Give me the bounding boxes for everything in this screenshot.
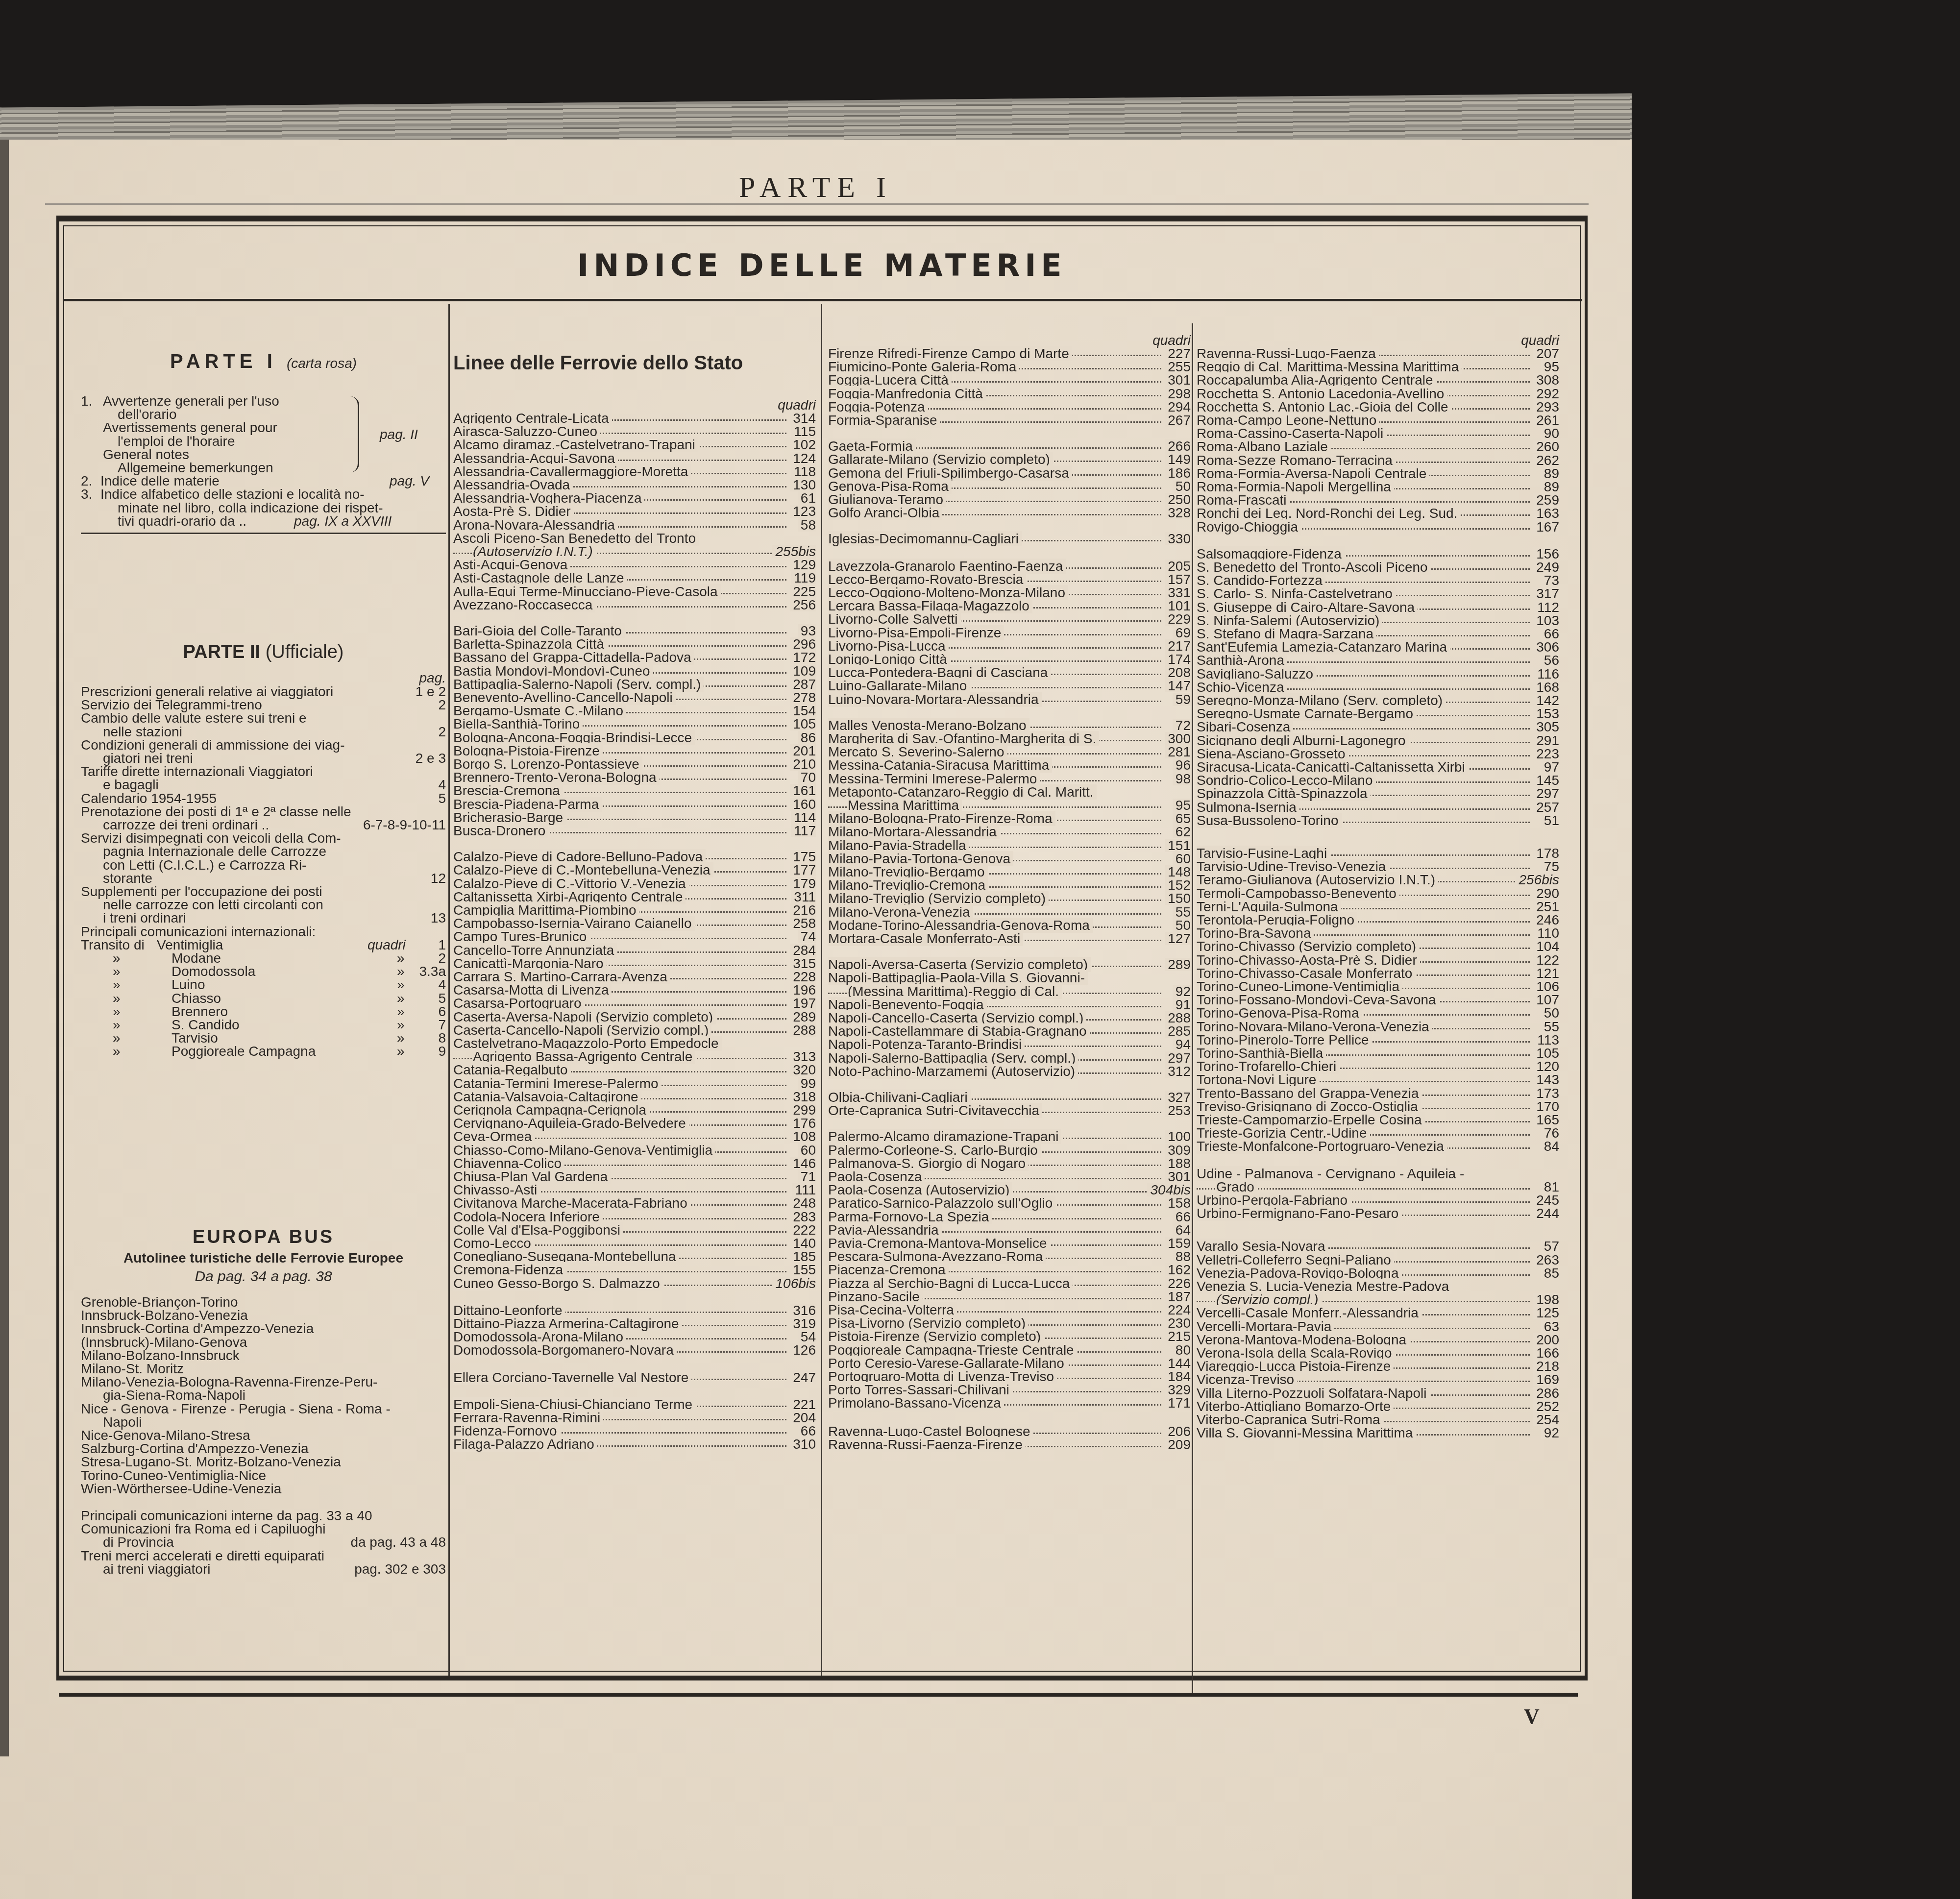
index-entry[interactable]: Termoli-Campobasso-Benevento290: [1197, 887, 1559, 900]
quadro-number: 157: [1165, 573, 1191, 586]
index-entry[interactable]: Varallo Sesia-Novara57: [1197, 1240, 1559, 1253]
index-entry[interactable]: Brennero-Trento-Verona-Bologna70: [453, 771, 816, 784]
quadro-number: 123: [790, 505, 816, 518]
index-entry[interactable]: Margherita di Sav.-Ofantino-Margherita d…: [828, 732, 1191, 745]
index-entry[interactable]: Vercelli-Mortara-Pavia63: [1197, 1320, 1559, 1333]
quadro-number: 289: [1165, 958, 1191, 971]
entry-title: Bergamo-Usmate C.-Milano: [453, 704, 626, 717]
index-entry[interactable]: Chiusa-Plan Val Gardena71: [453, 1170, 816, 1183]
index-entry[interactable]: Ravenna-Russi-Lugo-Faenza207: [1197, 347, 1559, 360]
index-entry[interactable]: Ellera Corciano-Tavernelle Val Nestore24…: [453, 1371, 816, 1384]
parte2-item-line[interactable]: Condizioni generali di ammissione dei vi…: [81, 738, 446, 752]
index-entry[interactable]: Viareggio-Lucca Pistoia-Firenze218: [1197, 1360, 1559, 1373]
index-entry[interactable]: Noto-Pachino-Marzamemi (Autoservizio)312: [828, 1065, 1191, 1078]
index-entry[interactable]: Sulmona-Isernia257: [1197, 801, 1559, 814]
index-entry[interactable]: Spinazzola Città-Spinazzola297: [1197, 787, 1559, 800]
index-entry[interactable]: Roccapalumba Alia-Agrigento Centrale308: [1197, 373, 1559, 387]
index-entry[interactable]: Viterbo-Capranica Sutri-Roma254: [1197, 1413, 1559, 1426]
index-entry[interactable]: Trieste-Campomarzio-Erpelle Cosina165: [1197, 1113, 1559, 1126]
bus-route[interactable]: Nice - Genova - Firenze - Perugia - Sien…: [81, 1402, 446, 1415]
index-entry[interactable]: Torino-Bra-Savona110: [1197, 926, 1559, 940]
index-entry[interactable]: Ravenna-Russi-Faenza-Firenze209: [828, 1438, 1191, 1451]
index-entry[interactable]: Barletta-Spinazzola Città296: [453, 637, 816, 651]
index-entry[interactable]: Asti-Acqui-Genova129: [453, 558, 816, 571]
index-entry[interactable]: Torino-Pinerolo-Torre Pellice113: [1197, 1033, 1559, 1047]
parte1-item-line[interactable]: minate nel libro, colla indicazione dei …: [118, 501, 446, 514]
index-entry[interactable]: Lucca-Pontedera-Bagni di Casciana208: [828, 666, 1191, 679]
index-entry[interactable]: Torino-Cuneo-Limone-Ventimiglia106: [1197, 980, 1559, 993]
parte2-item-line[interactable]: nelle stazioni: [103, 725, 446, 738]
index-entry[interactable]: Trieste-Monfalcone-Portogruaro-Venezia84: [1197, 1140, 1559, 1153]
index-entry[interactable]: Fiumicino-Ponte Galeria-Roma255: [828, 360, 1191, 373]
index-entry[interactable]: Pisa-Cecina-Volterra224: [828, 1303, 1191, 1316]
index-entry[interactable]: Messina Marittima95: [828, 799, 1191, 812]
index-entry[interactable]: Urbino-Fermignano-Fano-Pesaro244: [1197, 1207, 1559, 1220]
index-entry[interactable]: Pavia-Alessandria64: [828, 1223, 1191, 1237]
index-entry[interactable]: Chiavenna-Colico146: [453, 1157, 816, 1170]
index-entry[interactable]: Parma-Fornovo-La Spezia66: [828, 1210, 1191, 1223]
index-entry[interactable]: Roma-Campo Leone-Nettuno261: [1197, 414, 1559, 427]
index-entry[interactable]: Sicignano degli Alburni-Lagonegro291: [1197, 734, 1559, 747]
index-entry[interactable]: Campobasso-Isernia-Vairano Caianello258: [453, 917, 816, 930]
index-entry[interactable]: Sibari-Cosenza305: [1197, 720, 1559, 733]
index-entry[interactable]: Terontola-Perugia-Foligno246: [1197, 913, 1559, 926]
parte1-item-line[interactable]: Indice alfabetico delle stazioni e local…: [100, 487, 446, 501]
index-entry[interactable]: Paratico-Sarnico-Palazzolo sull'Oglio158: [828, 1196, 1191, 1210]
entry-title-text: Noto-Pachino-Marzamemi (Autoservizio): [828, 1064, 1078, 1079]
index-entry[interactable]: Messina-Termini Imerese-Palermo98: [828, 772, 1191, 785]
bus-route[interactable]: gia-Siena-Roma-Napoli: [103, 1388, 446, 1402]
index-entry[interactable]: Pinzano-Sacile187: [828, 1290, 1191, 1303]
index-entry[interactable]: Piazza al Serchio-Bagni di Lucca-Lucca22…: [828, 1277, 1191, 1290]
index-entry[interactable]: S. Benedetto del Tronto-Ascoli Piceno249: [1197, 560, 1559, 574]
index-entry[interactable]: Porto Ceresio-Varese-Gallarate-Milano144: [828, 1357, 1191, 1370]
index-entry[interactable]: Luino-Novara-Mortara-Alessandria59: [828, 693, 1191, 706]
index-entry[interactable]: Foggia-Lucera Città301: [828, 373, 1191, 387]
index-entry[interactable]: Tortona-Novi Ligure143: [1197, 1073, 1559, 1086]
index-entry[interactable]: Viterbo-Attigliano Bomarzo-Orte252: [1197, 1400, 1559, 1413]
index-entry[interactable]: Bologna-Pistoia-Firenze201: [453, 744, 816, 757]
index-entry[interactable]: Calalzo-Pieve di Cadore-Belluno-Padova17…: [453, 850, 816, 863]
index-entry[interactable]: Roma-Albano Laziale260: [1197, 440, 1559, 453]
bus-route[interactable]: Innsbruck-Bolzano-Venezia: [81, 1309, 446, 1322]
index-entry[interactable]: Velletri-Colleferro Segni-Paliano263: [1197, 1253, 1559, 1266]
parte2-item-line[interactable]: storante: [103, 872, 446, 885]
index-entry[interactable]: Tarvisio-Udine-Treviso-Venezia75: [1197, 860, 1559, 873]
parte2-item-line[interactable]: Cambio delle valute estere sui treni e: [81, 711, 446, 725]
index-entry[interactable]: Pistoia-Firenze (Servizio completo)215: [828, 1330, 1191, 1343]
index-entry[interactable]: Chivasso-Asti111: [453, 1183, 816, 1196]
entry-title-text: Livorno-Pisa-Empoli-Firenze: [828, 625, 1004, 640]
entry-title-text: S. Carlo- S. Ninfa-Castelvetrano: [1197, 586, 1396, 601]
index-entry[interactable]: Firenze Rifredi-Firenze Campo di Marte22…: [828, 347, 1191, 360]
index-entry[interactable]: Dittaino-Piazza Armerina-Caltagirone319: [453, 1317, 816, 1330]
index-entry[interactable]: Domodossola-Arona-Milano54: [453, 1330, 816, 1343]
index-entry[interactable]: Foggia-Potenza294: [828, 400, 1191, 414]
index-entry[interactable]: Catania-Termini Imerese-Palermo99: [453, 1077, 816, 1090]
index-entry[interactable]: Cancello-Torre Annunziata284: [453, 944, 816, 957]
index-entry[interactable]: Messina-Catania-Siracusa Marittima96: [828, 758, 1191, 772]
index-entry[interactable]: S. Ninfa-Salemi (Autoservizio)103: [1197, 614, 1559, 627]
index-entry[interactable]: Brescia-Piadena-Parma160: [453, 798, 816, 811]
index-entry[interactable]: Bassano del Grappa-Cittadella-Padova172: [453, 651, 816, 664]
bus-route[interactable]: Milano-St. Moritz: [81, 1362, 446, 1375]
entry-title: Bologna-Pistoia-Firenze: [453, 744, 603, 757]
index-entry[interactable]: Paola-Cosenza301: [828, 1170, 1191, 1183]
index-entry[interactable]: Aosta-Prè S. Didier123: [453, 505, 816, 518]
entry-title: Verona-Isola della Scala-Rovigo: [1197, 1346, 1395, 1360]
index-entry[interactable]: Torino-Chivasso-Aosta-Prè S. Didier122: [1197, 953, 1559, 967]
index-entry[interactable]: Milano-Verona-Venezia55: [828, 905, 1191, 919]
index-entry[interactable]: Lonigo-Lonigo Città174: [828, 653, 1191, 666]
index-entry[interactable]: Verona-Isola della Scala-Rovigo166: [1197, 1346, 1559, 1360]
index-entry[interactable]: Castelvetrano-Magazzolo-Porto Empedocle: [453, 1037, 816, 1050]
index-entry[interactable]: Livorno-Pisa-Empoli-Firenze69: [828, 626, 1191, 639]
parte2-item-line[interactable]: Prenotazione dei posti di 1ª e 2ª classe…: [81, 805, 446, 818]
entry-title-text: Busca-Dronero: [453, 823, 548, 838]
parte2-item-line[interactable]: e bagagli: [103, 778, 446, 791]
index-entry[interactable]: Alessandria-Acqui-Savona124: [453, 452, 816, 465]
entry-title: Torino-Chivasso-Aosta-Prè S. Didier: [1197, 953, 1420, 967]
frame-bottom-rule: [59, 1693, 1578, 1697]
index-entry[interactable]: Avezzano-Roccasecca256: [453, 598, 816, 611]
index-entry[interactable]: Rovigo-Chioggia167: [1197, 520, 1559, 534]
entry-title-text: Palermo-Corleone-S. Carlo-Burgio: [828, 1143, 1041, 1158]
quadro-number: 315: [790, 957, 816, 970]
index-entry[interactable]: Campo Tures-Brunico74: [453, 930, 816, 943]
index-entry[interactable]: Seregno-Monza-Milano (Serv. completo)142: [1197, 694, 1559, 707]
index-entry[interactable]: Seregno-Usmate Carnate-Bergamo153: [1197, 707, 1559, 720]
parte2-item-line[interactable]: Tariffe dirette internazionali Viaggiato…: [81, 765, 446, 778]
entry-title-text: Napoli-Battipaglia-Paola-Villa S. Giovan…: [828, 970, 1088, 985]
index-entry[interactable]: Alessandria-Cavallermaggiore-Moretta118: [453, 465, 816, 478]
index-entry[interactable]: Tarvisio-Fusine-Laghi178: [1197, 847, 1559, 860]
footer-item-line[interactable]: Treni merci accelerati e diretti equipar…: [81, 1549, 446, 1562]
index-entry[interactable]: Torino-Santhià-Biella105: [1197, 1047, 1559, 1060]
index-entry[interactable]: Livorno-Colle Salvetti229: [828, 612, 1191, 626]
index-entry[interactable]: Orte-Capranica Sutri-Civitavecchia253: [828, 1104, 1191, 1117]
index-entry[interactable]: Arona-Novara-Alessandria58: [453, 518, 816, 532]
index-entry[interactable]: Reggio di Cal. Marittima-Messina Maritti…: [1197, 360, 1559, 373]
parte2-item-line[interactable]: Servizio dei Telegrammi-treno: [81, 698, 446, 711]
parte2-item-line[interactable]: con Letti (C.I.C.L.) e Carrozza Ri-: [103, 858, 446, 872]
index-entry[interactable]: Bologna-Ancona-Foggia-Brindisi-Lecce86: [453, 731, 816, 744]
index-entry[interactable]: Gaeta-Formia266: [828, 439, 1191, 453]
parte2-item-line[interactable]: Calendario 1954-1955: [81, 792, 446, 805]
index-entry[interactable]: Vercelli-Casale Monferr.-Alessandria125: [1197, 1306, 1559, 1319]
bus-route[interactable]: (Innsbruck)-Milano-Genova: [81, 1336, 446, 1349]
bus-route[interactable]: Napoli: [103, 1415, 446, 1429]
index-entry[interactable]: Metaponto-Catanzaro-Reggio di Cal. Marit…: [828, 785, 1191, 799]
index-entry[interactable]: Teramo-Giulianova (Autoservizio I.N.T.)2…: [1197, 873, 1559, 886]
index-entry[interactable]: Salsomaggiore-Fidenza156: [1197, 547, 1559, 560]
index-entry[interactable]: Busca-Dronero117: [453, 824, 816, 837]
parte2-item-line[interactable]: nelle carrozze con letti circolanti con: [103, 898, 446, 911]
index-entry[interactable]: Ferrara-Ravenna-Rimini204: [453, 1411, 816, 1424]
index-entry[interactable]: Catania-Valsavoia-Caltagirone318: [453, 1090, 816, 1103]
index-entry[interactable]: Roma-Formia-Napoli Mergellina89: [1197, 480, 1559, 493]
index-entry[interactable]: Caserta-Cancello-Napoli (Servizio compl.…: [453, 1023, 816, 1037]
index-entry[interactable]: Milano-Pavia-Stradella151: [828, 839, 1191, 852]
footer-item-line[interactable]: Comunicazioni fra Roma ed i Capiluoghi: [81, 1522, 446, 1535]
index-entry[interactable]: Olbia-Chilivani-Cagliari327: [828, 1091, 1191, 1104]
index-entry[interactable]: Bastia Mondovì-Mondovì-Cuneo109: [453, 664, 816, 678]
index-entry[interactable]: Milano-Treviglio-Bergamo148: [828, 865, 1191, 878]
index-entry[interactable]: Napoli-Potenza-Taranto-Brindisi94: [828, 1038, 1191, 1051]
index-entry[interactable]: Pavia-Cremona-Mantova-Monselice159: [828, 1237, 1191, 1250]
index-entry[interactable]: Palermo-Corleone-S. Carlo-Burgio309: [828, 1144, 1191, 1157]
bus-route[interactable]: Milano-Venezia-Bologna-Ravenna-Firenze-P…: [81, 1375, 446, 1388]
index-entry[interactable]: Mortara-Casale Monferrato-Asti127: [828, 932, 1191, 945]
index-entry[interactable]: Udine - Palmanova - Cervignano - Aquilei…: [1197, 1167, 1559, 1180]
index-entry[interactable]: Ravenna-Lugo-Castel Bolognese206: [828, 1425, 1191, 1438]
index-entry[interactable]: Susa-Bussoleno-Torino51: [1197, 814, 1559, 827]
index-entry[interactable]: Livorno-Pisa-Lucca217: [828, 639, 1191, 653]
index-entry[interactable]: Lecco-Oggiono-Molteno-Monza-Milano331: [828, 586, 1191, 599]
index-entry[interactable]: (Autoservizio I.N.T.)255bis: [453, 545, 816, 558]
quadro-number: 198: [1533, 1293, 1559, 1306]
index-entry[interactable]: Torino-Chivasso-Casale Monferrato121: [1197, 967, 1559, 980]
index-entry[interactable]: Terni-L'Aquila-Sulmona251: [1197, 900, 1559, 913]
index-entry[interactable]: Conegliano-Susegana-Montebelluna185: [453, 1250, 816, 1263]
parte2-item-line[interactable]: Prescrizioni generali relative ai viaggi…: [81, 685, 446, 698]
index-entry[interactable]: Porto Torres-Sassari-Chilivani329: [828, 1383, 1191, 1396]
index-entry[interactable]: S. Candido-Fortezza73: [1197, 574, 1559, 587]
index-entry[interactable]: Cervignano-Aquileia-Grado-Belvedere176: [453, 1117, 816, 1130]
entry-title: Dittaino-Leonforte: [453, 1304, 565, 1317]
index-entry[interactable]: S. Giuseppe di Cairo-Altare-Savona112: [1197, 601, 1559, 614]
index-entry[interactable]: Canicattì-Margonia-Naro315: [453, 957, 816, 970]
entry-title: Lecco-Bergamo-Rovato-Brescia: [828, 573, 1026, 586]
index-entry[interactable]: Torino-Genova-Pisa-Roma50: [1197, 1006, 1559, 1020]
entry-title: Vercelli-Casale Monferr.-Alessandria: [1197, 1306, 1421, 1319]
index-entry[interactable]: Napoli-Salerno-Battipaglia (Serv. compl.…: [828, 1051, 1191, 1065]
parte1-item-line[interactable]: Allgemeine bemerkungen: [118, 461, 446, 474]
quadro-number: 114: [791, 811, 816, 824]
index-entry[interactable]: Lecco-Bergamo-Rovato-Brescia157: [828, 573, 1191, 586]
index-entry[interactable]: Milano-Pavia-Tortona-Genova60: [828, 852, 1191, 865]
bus-route[interactable]: Wien-Wörthersee-Udine-Venezia: [81, 1482, 446, 1495]
index-entry[interactable]: Borgo S. Lorenzo-Pontassieve210: [453, 757, 816, 771]
index-entry[interactable]: Rocchetta S. Antonio Lac.-Gioia del Coll…: [1197, 400, 1559, 414]
index-entry[interactable]: Urbino-Pergola-Fabriano245: [1197, 1193, 1559, 1207]
index-entry[interactable]: Venezia S. Lucia-Venezia Mestre-Padova: [1197, 1280, 1559, 1293]
index-entry[interactable]: Alessandria-Voghera-Piacenza61: [453, 491, 816, 505]
index-entry[interactable]: Asti-Castagnole delle Lanze119: [453, 571, 816, 584]
index-entry[interactable]: Filaga-Palazzo Adriano310: [453, 1437, 816, 1451]
index-entry[interactable]: Domodossola-Borgomanero-Novara126: [453, 1343, 816, 1357]
index-entry[interactable]: Sondrio-Colico-Lecco-Milano145: [1197, 774, 1559, 787]
index-entry[interactable]: Trieste-Gorizia Centr.-Udine76: [1197, 1126, 1559, 1140]
quadro-number: 9: [438, 1045, 446, 1058]
quadro-number: 244: [1533, 1207, 1559, 1220]
index-entry[interactable]: Dittaino-Leonforte316: [453, 1304, 816, 1317]
index-entry[interactable]: Battipaglia-Salerno-Napoli (Serv. compl.…: [453, 678, 816, 691]
parte2-item-line[interactable]: pagnia Internazionale delle Carrozze: [103, 845, 446, 858]
index-entry[interactable]: Napoli-Cancello-Caserta (Servizio compl.…: [828, 1011, 1191, 1024]
quadro-number: 50: [1173, 480, 1191, 493]
index-entry[interactable]: (Messina Marittima)-Reggio di Cal.92: [828, 985, 1191, 998]
parte2-item-line[interactable]: Servizi disimpegnati con veicoli della C…: [81, 831, 446, 845]
index-entry[interactable]: Codola-Nocera Inferiore283: [453, 1210, 816, 1223]
index-entry[interactable]: Alessandria-Ovada130: [453, 478, 816, 491]
quadro-number: 142: [1533, 694, 1559, 707]
index-entry[interactable]: Verona-Mantova-Modena-Bologna200: [1197, 1333, 1559, 1346]
index-entry[interactable]: Ceva-Ormea108: [453, 1130, 816, 1143]
index-entry[interactable]: Palermo-Alcamo diramazione-Trapani100: [828, 1130, 1191, 1143]
index-entry[interactable]: Calalzo-Pieve di C.-Montebelluna-Venezia…: [453, 863, 816, 876]
index-entry[interactable]: Piacenza-Cremona162: [828, 1263, 1191, 1276]
index-entry[interactable]: Santhià-Arona56: [1197, 654, 1559, 667]
index-entry[interactable]: Rocchetta S. Antonio Lacedonia-Avellino2…: [1197, 387, 1559, 400]
index-entry[interactable]: Gemona del Friuli-Spilimbergo-Casarsa186: [828, 466, 1191, 480]
index-entry[interactable]: Venezia-Padova-Rovigo-Bologna85: [1197, 1266, 1559, 1280]
index-entry[interactable]: Agrigento Bassa-Agrigento Centrale313: [453, 1050, 816, 1063]
parte2-item-line[interactable]: giatori nei treni: [103, 752, 446, 765]
index-entry[interactable]: S. Carlo- S. Ninfa-Castelvetrano317: [1197, 587, 1559, 600]
bus-route[interactable]: Grenoble-Briançon-Torino: [81, 1295, 446, 1309]
index-entry[interactable]: Roma-Formia-Aversa-Napoli Centrale89: [1197, 467, 1559, 480]
index-entry[interactable]: Mercato S. Severino-Salerno281: [828, 745, 1191, 758]
index-entry[interactable]: Torino-Chivasso (Servizio completo)104: [1197, 940, 1559, 953]
index-entry[interactable]: Lercara Bassa-Filaga-Magazzolo101: [828, 599, 1191, 612]
index-entry[interactable]: Milano-Bologna-Prato-Firenze-Roma65: [828, 812, 1191, 825]
index-entry[interactable]: Catania-Regalbuto320: [453, 1063, 816, 1076]
index-entry[interactable]: Trento-Bassano del Grappa-Venezia173: [1197, 1087, 1559, 1100]
index-entry[interactable]: (Servizio compl.)198: [1197, 1293, 1559, 1306]
parte2-item-line[interactable]: Supplementi per l'occupazione dei posti: [81, 885, 446, 898]
index-entry[interactable]: Calalzo-Pieve di C.-Vittorio V.-Venezia1…: [453, 877, 816, 890]
index-entry[interactable]: Foggia-Manfredonia Città298: [828, 387, 1191, 400]
index-entry[interactable]: Sant'Eufemia Lamezia-Catanzaro Marina306: [1197, 640, 1559, 654]
index-entry[interactable]: Roma-Frascati259: [1197, 493, 1559, 507]
index-entry[interactable]: Napoli-Castellammare di Stabia-Gragnano2…: [828, 1024, 1191, 1038]
index-entry[interactable]: Brescia-Cremona161: [453, 784, 816, 797]
bus-route[interactable]: Stresa-Lugano-St. Moritz-Bolzano-Venezia: [81, 1455, 446, 1468]
index-entry[interactable]: Empoli-Siena-Chiusi-Chianciano Terme221: [453, 1398, 816, 1411]
index-entry[interactable]: Biella-Santhià-Torino105: [453, 717, 816, 730]
index-entry[interactable]: Giulianova-Teramo250: [828, 493, 1191, 506]
index-entry[interactable]: Vicenza-Treviso169: [1197, 1373, 1559, 1386]
index-entry[interactable]: Gallarate-Milano (Servizio completo)149: [828, 453, 1191, 466]
index-entry[interactable]: Cremona-Fidenza155: [453, 1263, 816, 1276]
index-entry[interactable]: Airasca-Saluzzo-Cuneo115: [453, 425, 816, 438]
index-entry[interactable]: Bari-Gioia del Colle-Taranto93: [453, 624, 816, 637]
index-entry[interactable]: Villa S. Giovanni-Messina Marittima92: [1197, 1426, 1559, 1439]
index-entry[interactable]: Casarsa-Motta di Livenza196: [453, 983, 816, 997]
index-entry[interactable]: Malles Venosta-Merano-Bolzano72: [828, 719, 1191, 732]
index-entry[interactable]: Bergamo-Usmate C.-Milano154: [453, 704, 816, 717]
entry-title: S. Benedetto del Tronto-Ascoli Piceno: [1197, 560, 1431, 574]
bus-route[interactable]: Milano-Bolzano-Innsbruck: [81, 1349, 446, 1362]
index-entry[interactable]: Treviso-Grisignano di Zocco-Ostiglia170: [1197, 1100, 1559, 1113]
index-entry[interactable]: Carrara S. Martino-Carrara-Avenza228: [453, 970, 816, 983]
index-entry[interactable]: Savigliano-Saluzzo116: [1197, 667, 1559, 681]
quadro-number: 156: [1533, 547, 1559, 560]
index-entry[interactable]: Genova-Pisa-Roma50: [828, 480, 1191, 493]
index-entry[interactable]: Napoli-Benevento-Foggia91: [828, 998, 1191, 1011]
index-entry[interactable]: Formia-Sparanise267: [828, 414, 1191, 427]
parte1-item-line[interactable]: Avvertenze generali per l'uso: [103, 394, 446, 408]
parte1-item-line[interactable]: dell'orario: [118, 408, 446, 421]
index-entry[interactable]: Ascoli Piceno-San Benedetto del Tronto: [453, 532, 816, 545]
index-entry[interactable]: Pescara-Sulmona-Avezzano-Roma88: [828, 1250, 1191, 1263]
index-entry[interactable]: Fidenza-Fornovo66: [453, 1424, 816, 1437]
parte1-item-line[interactable]: General notes: [103, 448, 446, 461]
entry-title: Bologna-Ancona-Foggia-Brindisi-Lecce: [453, 731, 695, 744]
index-entry[interactable]: Benevento-Avellino-Cancello-Napoli278: [453, 691, 816, 704]
index-entry[interactable]: Pisa-Livorno (Servizio completo)230: [828, 1316, 1191, 1330]
index-entry[interactable]: Siena-Asciano-Grosseto223: [1197, 747, 1559, 760]
index-entry[interactable]: S. Stefano di Magra-Sarzana66: [1197, 627, 1559, 640]
index-entry[interactable]: Cerignola Campagna-Cerignola299: [453, 1103, 816, 1117]
bus-route[interactable]: Innsbruck-Cortina d'Ampezzo-Venezia: [81, 1322, 446, 1335]
index-entry[interactable]: Torino-Fossano-Mondovì-Ceva-Savona107: [1197, 993, 1559, 1006]
index-entry[interactable]: Agrigento Centrale-Licata314: [453, 412, 816, 425]
index-entry[interactable]: Aulla-Equi Terme-Minucciano-Pieve-Casola…: [453, 585, 816, 598]
index-entry[interactable]: Alcamo diramaz.-Castelvetrano-Trapani102: [453, 438, 816, 451]
quadro-number: 330: [1165, 532, 1191, 545]
index-entry[interactable]: Torino-Trofarello-Chieri120: [1197, 1060, 1559, 1073]
index-entry[interactable]: Bricherasio-Barge114: [453, 811, 816, 824]
index-entry[interactable]: Ronchi dei Leg. Nord-Ronchi dei Leg. Sud…: [1197, 507, 1559, 520]
index-entry[interactable]: Siracusa-Licata-Canicattì-Caltanissetta …: [1197, 760, 1559, 774]
index-entry[interactable]: Milano-Treviglio (Servizio completo)150: [828, 892, 1191, 905]
entry-title-text: Brescia-Cremona: [453, 783, 563, 798]
index-entry[interactable]: Modane-Torino-Alessandria-Genova-Roma50: [828, 919, 1191, 932]
index-entry[interactable]: Grado81: [1197, 1180, 1559, 1193]
index-entry[interactable]: Como-Lecco140: [453, 1237, 816, 1250]
index-entry[interactable]: Chiasso-Como-Milano-Genova-Ventimiglia60: [453, 1144, 816, 1157]
entry-title: Trieste-Monfalcone-Portogruaro-Venezia: [1197, 1140, 1447, 1153]
index-entry[interactable]: Torino-Novara-Milano-Verona-Venezia55: [1197, 1020, 1559, 1033]
index-entry[interactable]: Napoli-Aversa-Caserta (Servizio completo…: [828, 958, 1191, 971]
index-entry[interactable]: Villa Literno-Pozzuoli Solfatara-Napoli2…: [1197, 1387, 1559, 1400]
parte2-item-line[interactable]: i treni ordinari: [103, 911, 446, 925]
entry-title-text: Parma-Fornovo-La Spezia: [828, 1209, 992, 1224]
index-entry[interactable]: Iglesias-Decimomannu-Cagliari330: [828, 532, 1191, 545]
index-entry[interactable]: Caserta-Aversa-Napoli (Servizio completo…: [453, 1010, 816, 1023]
bus-route[interactable]: Torino-Cuneo-Ventimiglia-Nice: [81, 1469, 446, 1482]
index-entry[interactable]: Palmanova-S. Giorgio di Nogaro188: [828, 1157, 1191, 1170]
index-entry[interactable]: Poggioreale Campagna-Trieste Centrale80: [828, 1343, 1191, 1357]
index-entry[interactable]: Paola-Cosenza (Autoservizio)304bis: [828, 1183, 1191, 1196]
index-entry[interactable]: Casarsa-Portogruaro197: [453, 997, 816, 1010]
entry-title: Sibari-Cosenza: [1197, 720, 1293, 733]
index-entry[interactable]: Primolano-Bassano-Vicenza171: [828, 1396, 1191, 1410]
index-entry[interactable]: Luino-Gallarate-Milano147: [828, 679, 1191, 692]
index-entry[interactable]: Colle Val d'Elsa-Poggibonsi222: [453, 1223, 816, 1237]
index-entry[interactable]: Napoli-Battipaglia-Paola-Villa S. Giovan…: [828, 971, 1191, 984]
index-entry[interactable]: Portogruaro-Motta di Livenza-Treviso184: [828, 1370, 1191, 1383]
bus-route[interactable]: Nice-Genova-Milano-Stresa: [81, 1429, 446, 1442]
index-entry[interactable]: Roma-Sezze Romano-Terracina262: [1197, 454, 1559, 467]
entry-title-text: Cancello-Torre Annunziata: [453, 943, 617, 958]
index-entry[interactable]: Roma-Cassino-Caserta-Napoli90: [1197, 427, 1559, 440]
index-entry[interactable]: Civitanova Marche-Macerata-Fabriano248: [453, 1196, 816, 1210]
index-entry[interactable]: Campiglia Marittima-Piombino216: [453, 903, 816, 917]
index-entry[interactable]: Milano-Treviglio-Cremona152: [828, 878, 1191, 892]
footer-item-line[interactable]: Principali comunicazioni interne da pag.…: [81, 1509, 446, 1522]
index-entry[interactable]: Schio-Vicenza168: [1197, 681, 1559, 694]
index-entry[interactable]: Milano-Mortara-Alessandria62: [828, 825, 1191, 838]
index-entry[interactable]: Golfo Aranci-Olbia328: [828, 506, 1191, 519]
index-entry[interactable]: Lavezzola-Granarolo Faentino-Faenza205: [828, 560, 1191, 573]
index-entry[interactable]: Cuneo Gesso-Borgo S. Dalmazzo106bis: [453, 1277, 816, 1290]
index-entry[interactable]: Caltanissetta Xirbi-Agrigento Centrale31…: [453, 890, 816, 903]
bus-route[interactable]: Salzburg-Cortina d'Ampezzo-Venezia: [81, 1442, 446, 1455]
quadro-number: 88: [1173, 1250, 1191, 1263]
